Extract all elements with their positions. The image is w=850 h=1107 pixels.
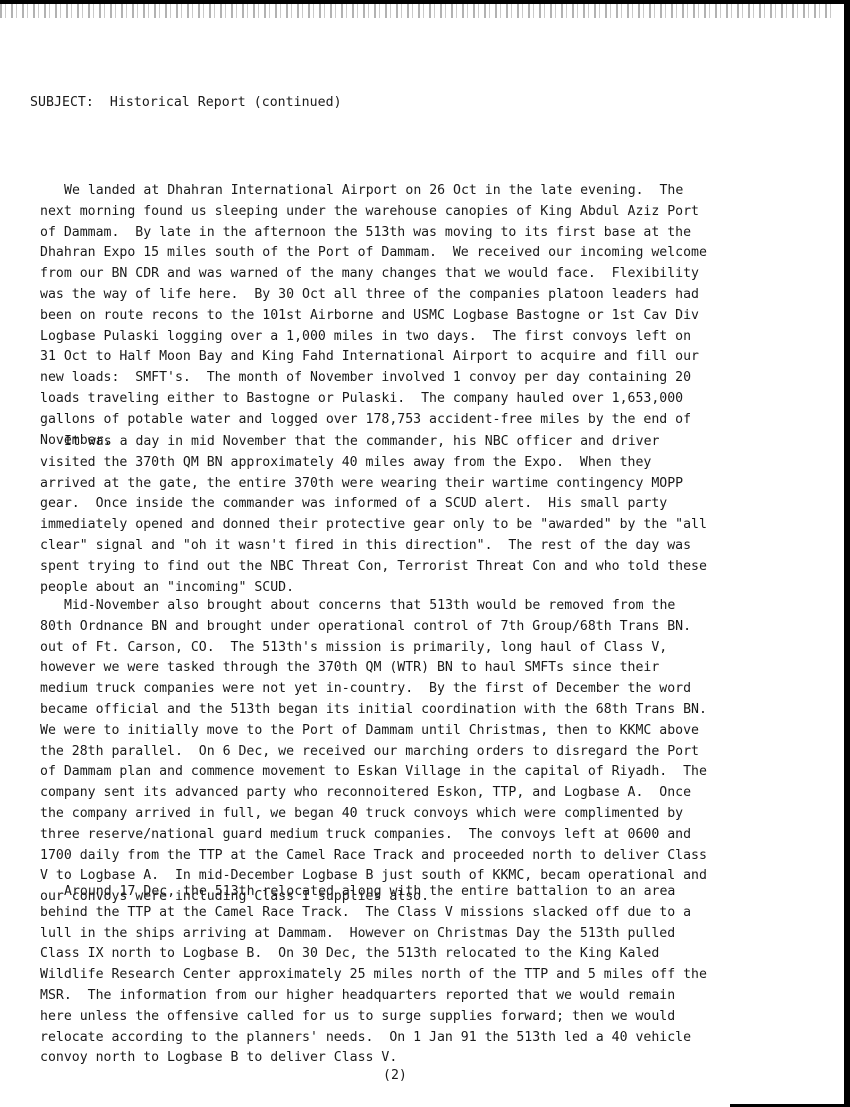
text-line: behind the TTP at the Camel Race Track. … bbox=[40, 903, 760, 924]
text-line: of Dammam. By late in the afternoon the … bbox=[40, 223, 760, 244]
text-line: Dhahran Expo 15 miles south of the Port … bbox=[40, 243, 760, 264]
text-line: lull in the ships arriving at Dammam. Ho… bbox=[40, 924, 760, 945]
text-line: however we were tasked through the 370th… bbox=[40, 658, 760, 679]
paragraph-2: It was a day in mid November that the co… bbox=[40, 432, 760, 598]
scan-noise bbox=[0, 4, 835, 18]
text-line: Wildlife Research Center approximately 2… bbox=[40, 965, 760, 986]
text-line: It was a day in mid November that the co… bbox=[40, 432, 760, 453]
text-line: arrived at the gate, the entire 370th we… bbox=[40, 474, 760, 495]
scan-right-border bbox=[844, 0, 850, 1107]
text-line: became official and the 513th began its … bbox=[40, 700, 760, 721]
text-line: three reserve/national guard medium truc… bbox=[40, 825, 760, 846]
subject-line: SUBJECT: Historical Report (continued) bbox=[30, 95, 342, 110]
text-line: relocate according to the planners' need… bbox=[40, 1028, 760, 1049]
text-line: visited the 370th QM BN approximately 40… bbox=[40, 453, 760, 474]
text-line: out of Ft. Carson, CO. The 513th's missi… bbox=[40, 638, 760, 659]
text-line: We were to initially move to the Port of… bbox=[40, 721, 760, 742]
text-line: MSR. The information from our higher hea… bbox=[40, 986, 760, 1007]
text-line: 31 Oct to Half Moon Bay and King Fahd In… bbox=[40, 347, 760, 368]
text-line: We landed at Dhahran International Airpo… bbox=[40, 181, 760, 202]
text-line: Mid-November also brought about concerns… bbox=[40, 596, 760, 617]
text-line: from our BN CDR and was warned of the ma… bbox=[40, 264, 760, 285]
text-line: been on route recons to the 101st Airbor… bbox=[40, 306, 760, 327]
text-line: convoy north to Logbase B to deliver Cla… bbox=[40, 1048, 760, 1069]
text-line: next morning found us sleeping under the… bbox=[40, 202, 760, 223]
text-line: of Dammam plan and commence movement to … bbox=[40, 762, 760, 783]
subject-label: SUBJECT: bbox=[30, 95, 94, 110]
text-line: here unless the offensive called for us … bbox=[40, 1007, 760, 1028]
text-line: spent trying to find out the NBC Threat … bbox=[40, 557, 760, 578]
text-line: Logbase Pulaski logging over a 1,000 mil… bbox=[40, 327, 760, 348]
text-line: immediately opened and donned their prot… bbox=[40, 515, 760, 536]
paragraph-3: Mid-November also brought about concerns… bbox=[40, 596, 760, 908]
text-line: 1700 daily from the TTP at the Camel Rac… bbox=[40, 846, 760, 867]
text-line: the company arrived in full, we began 40… bbox=[40, 804, 760, 825]
text-line: gallons of potable water and logged over… bbox=[40, 410, 760, 431]
text-line: clear" signal and "oh it wasn't fired in… bbox=[40, 536, 760, 557]
text-line: was the way of life here. By 30 Oct all … bbox=[40, 285, 760, 306]
text-line: the 28th parallel. On 6 Dec, we received… bbox=[40, 742, 760, 763]
text-line: company sent its advanced party who reco… bbox=[40, 783, 760, 804]
text-line: 80th Ordnance BN and brought under opera… bbox=[40, 617, 760, 638]
text-line: gear. Once inside the commander was info… bbox=[40, 494, 760, 515]
text-line: Class IX north to Logbase B. On 30 Dec, … bbox=[40, 944, 760, 965]
text-line: loads traveling either to Bastogne or Pu… bbox=[40, 389, 760, 410]
text-line: Around 17 Dec, the 513th relocated along… bbox=[40, 882, 760, 903]
paragraph-4: Around 17 Dec, the 513th relocated along… bbox=[40, 882, 760, 1069]
subject-text: Historical Report (continued) bbox=[110, 95, 342, 110]
text-line: medium truck companies were not yet in-c… bbox=[40, 679, 760, 700]
text-line: new loads: SMFT's. The month of November… bbox=[40, 368, 760, 389]
page-number: (2) bbox=[383, 1068, 407, 1083]
paragraph-1: We landed at Dhahran International Airpo… bbox=[40, 181, 760, 451]
